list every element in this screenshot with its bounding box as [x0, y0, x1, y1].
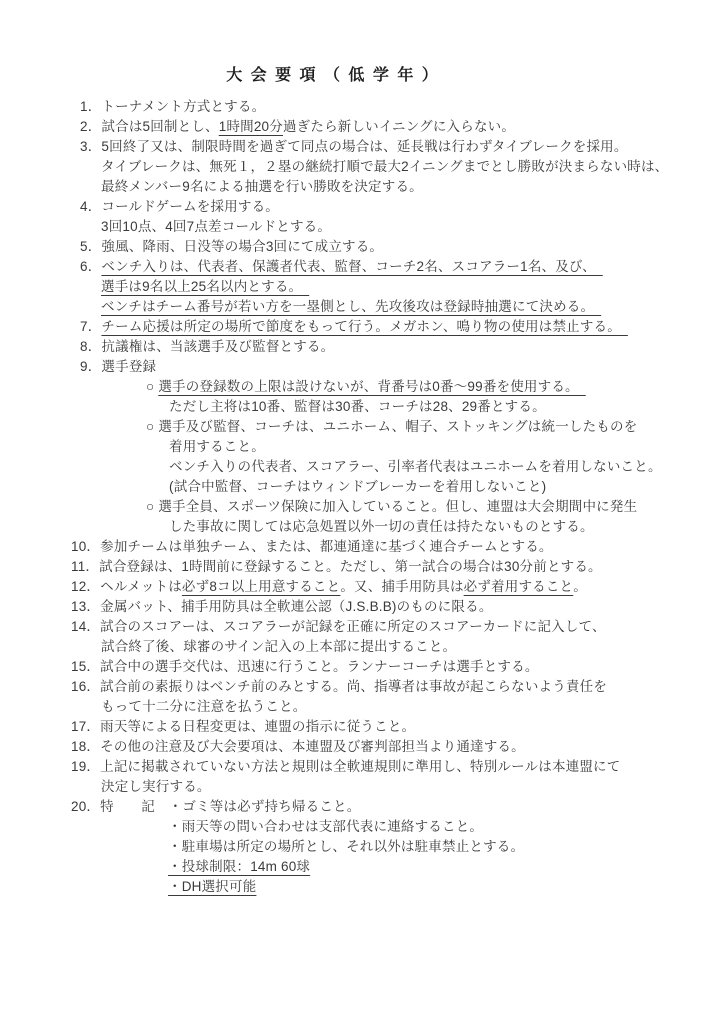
doc-line: 7．チーム応援は所定の場所で節度をもって行う。メガホン、鳴り物の使用は禁止する。 [0, 317, 724, 337]
text-segment: ベンチ入りの代表者、スコアラー、引率者代表はユニホームを着用しないこと。 [169, 459, 662, 474]
text-segment: (試合中監督、コーチはウィンドブレーカーを着用しないこと) [169, 479, 546, 494]
text-segment: 試合のスコアーは、スコアラーが記録を正確に所定のスコアーカードに記入して、 [100, 619, 606, 634]
item-number: 4． [80, 197, 101, 217]
item-number: 20． [71, 797, 100, 817]
doc-line: (試合中監督、コーチはウィンドブレーカーを着用しないこと) [0, 477, 724, 497]
doc-line: 2．試合は5回制とし、1時間20分過ぎたら新しいイニングに入らない。 [0, 117, 724, 137]
text-segment: その他の注意及び大会要項は、本連盟及び審判部担当より通達する。 [100, 739, 525, 754]
doc-line: 6．ベンチ入りは、代表者、保護者代表、監督、コーチ2名、スコアラー1名、及び、 [0, 257, 724, 277]
text-segment: 試合中の選手交代は、迅速に行うこと。ランナーコーチは選手とする。 [100, 659, 538, 674]
text-segment: タイブレークは、無死１，２塁の継続打順で最大2イニングまでとし勝敗が決まらない時… [101, 159, 668, 174]
doc-line: ○ 選手の登録数の上限は設けないが、背番号は0番～99番を使用する。 [0, 377, 724, 397]
doc-line: 最終メンバー9名による抽選を行い勝敗を決定する。 [0, 177, 724, 197]
item-number: 11． [71, 557, 99, 577]
text-segment: ベンチはチーム番号が若い方を一塁側とし、先攻後攻は登録時抽選にて決める。 [101, 299, 601, 314]
doc-line: ・DH選択可能 [0, 877, 724, 897]
item-number: 13． [71, 597, 100, 617]
doc-line: ○ 選手及び監督、コーチは、ユニホーム、帽子、ストッキングは統一したものを [0, 417, 724, 437]
doc-line: 9．選手登録 [0, 357, 724, 377]
doc-line: 15．試合中の選手交代は、迅速に行うこと。ランナーコーチは選手とする。 [0, 657, 724, 677]
item-number: 5． [80, 237, 101, 257]
text-segment: した事故に関しては応急処置以外一切の責任は持たないものとする。 [169, 519, 594, 534]
doc-line: 13．金属バット、捕手用防具は全軟連公認（J.S.B.B)のものに限る。 [0, 597, 724, 617]
text-segment: 参加チームは単独チーム、または、都連通達に基づく連合チームとする。 [100, 539, 553, 554]
circle-marker: ○ [146, 499, 158, 514]
text-segment: 選手は9名以上25名以内とする。 [101, 279, 309, 294]
item-number: 18． [71, 737, 100, 757]
text-segment: 過ぎたら新しいイニングに入らない。 [283, 119, 515, 134]
document-body: 1．トーナメント方式とする。2．試合は5回制とし、1時間20分過ぎたら新しいイニ… [0, 97, 724, 897]
item-number: 9． [80, 357, 101, 377]
circle-marker: ○ [146, 379, 158, 394]
text-segment: コールドゲームを採用する。 [101, 199, 279, 214]
doc-line: 試合終了後、球審のサイン記入の上本部に提出すること。 [0, 637, 724, 657]
text-segment: トーナメント方式とする。 [101, 99, 265, 114]
text-segment: 選手の登録数の上限は設けないが、背番号は0番～99番を使用する。 [158, 379, 585, 394]
text-segment: 5回終了又は、制限時間を過ぎて同点の場合は、延長戦は行わずタイブレークを採用。 [101, 139, 627, 154]
text-segment: 選手及び監督、コーチは、ユニホーム、帽子、ストッキングは統一したものを [158, 419, 637, 434]
text-segment: 1時間20分 [219, 119, 283, 134]
doc-line: ○ 選手全員、スポーツ保険に加入していること。但し、連盟は大会期間中に発生 [0, 497, 724, 517]
document-title: 大 会 要 項 （ 低 学 年 ） [0, 62, 724, 85]
item-number: 10． [71, 537, 100, 557]
doc-line: 1．トーナメント方式とする。 [0, 97, 724, 117]
text-segment: 最終メンバー9名による抽選を行い勝敗を決定する。 [101, 179, 423, 194]
circle-marker: ○ [146, 419, 158, 434]
item-number: 12． [71, 577, 100, 597]
doc-line: 12．ヘルメットは必ず8コ以上用意すること。又、捕手用防具は必ず着用すること。 [0, 577, 724, 597]
item-number: 2． [80, 117, 101, 137]
text-segment: ・雨天等の問い合わせは支部代表に連絡すること。 [168, 819, 483, 834]
doc-line: した事故に関しては応急処置以外一切の責任は持たないものとする。 [0, 517, 724, 537]
doc-line: 11．試合登録は、1時間前に登録すること。ただし、第一試合の場合は30分前とする… [0, 557, 724, 577]
doc-line: もって十二分に注意を払うこと。 [0, 697, 724, 717]
text-segment: 試合終了後、球審のサイン記入の上本部に提出すること。 [101, 639, 456, 654]
doc-line: ・雨天等の問い合わせは支部代表に連絡すること。 [0, 817, 724, 837]
text-segment: ・駐車場は所定の場所とし、それ以外は駐車禁止とする。 [168, 839, 524, 854]
doc-line: 着用すること。 [0, 437, 724, 457]
doc-line: 17．雨天等による日程変更は、連盟の指示に従うこと。 [0, 717, 724, 737]
item-number: 6． [80, 257, 101, 277]
doc-line: 3．5回終了又は、制限時間を過ぎて同点の場合は、延長戦は行わずタイブレークを採用… [0, 137, 724, 157]
doc-line: 10．参加チームは単独チーム、または、都連通達に基づく連合チームとする。 [0, 537, 724, 557]
doc-line: 19．上記に掲載されていない方法と規則は全軟連規則に準用し、特別ルールは本連盟に… [0, 757, 724, 777]
text-segment: 必ず着用すること [464, 579, 574, 594]
doc-line: タイブレークは、無死１，２塁の継続打順で最大2イニングまでとし勝敗が決まらない時… [0, 157, 724, 177]
text-segment: 雨天等による日程変更は、連盟の指示に従うこと。 [100, 719, 415, 734]
text-segment: 着用すること。 [169, 439, 265, 454]
text-segment: 金属バット、捕手用防具は全軟連公認（J.S.B.B)のものに限る。 [100, 599, 492, 614]
text-segment: 抗議権は、当該選手及び監督とする。 [101, 339, 334, 354]
doc-line: ただし主将は10番、監督は30番、コーチは28、29番とする。 [0, 397, 724, 417]
text-segment: 試合は5回制とし、 [101, 119, 218, 134]
text-segment: 。又、捕手用防具は [340, 579, 463, 594]
doc-line: 20．特 記 ・ゴミ等は必ず持ち帰ること。 [0, 797, 724, 817]
item-number: 19． [71, 757, 100, 777]
text-segment: 決定し実行する。 [101, 779, 211, 794]
doc-line: 8．抗議権は、当該選手及び監督とする。 [0, 337, 724, 357]
item-number: 7． [80, 317, 101, 337]
doc-line: 14．試合のスコアーは、スコアラーが記録を正確に所定のスコアーカードに記入して、 [0, 617, 724, 637]
text-segment: 試合前の素振りはベンチ前のみとする。尚、指導者は事故が起こらないよう責任を [100, 679, 607, 694]
doc-line: 5．強風、降雨、日没等の場合3回にて成立する。 [0, 237, 724, 257]
doc-line: ベンチはチーム番号が若い方を一塁側とし、先攻後攻は登録時抽選にて決める。 [0, 297, 724, 317]
text-segment: 上記に掲載されていない方法と規則は全軟連規則に準用し、特別ルールは本連盟にて [100, 759, 620, 774]
text-segment: 特 記 ・ゴミ等は必ず持ち帰ること。 [100, 799, 360, 814]
document-page: 大 会 要 項 （ 低 学 年 ） 1．トーナメント方式とする。2．試合は5回制… [0, 0, 724, 1024]
item-number: 15． [71, 657, 100, 677]
doc-line: 選手は9名以上25名以内とする。 [0, 277, 724, 297]
text-segment: 。 [573, 579, 587, 594]
text-segment: ・投球制限：14m 60球 [168, 859, 310, 874]
text-segment: 3回10点、4回7点差コールドとする。 [101, 219, 331, 234]
item-number: 8． [80, 337, 101, 357]
doc-line: 決定し実行する。 [0, 777, 724, 797]
doc-line: 18．その他の注意及び大会要項は、本連盟及び審判部担当より通達する。 [0, 737, 724, 757]
item-number: 1． [80, 97, 101, 117]
text-segment: チーム応援は所定の場所で節度をもって行う。メガホン、鳴り物の使用は禁止する。 [101, 319, 627, 334]
doc-line: ベンチ入りの代表者、スコアラー、引率者代表はユニホームを着用しないこと。 [0, 457, 724, 477]
text-segment: 試合登録は、1時間前に登録すること。ただし、第一試合の場合は30分前とする。 [99, 559, 602, 574]
text-segment: 強風、降雨、日没等の場合3回にて成立する。 [101, 239, 383, 254]
text-segment: ベンチ入りは、代表者、保護者代表、監督、コーチ2名、スコアラー1名、及び、 [101, 259, 602, 274]
item-number: 16． [71, 677, 100, 697]
text-segment: もって十二分に注意を払うこと。 [101, 699, 307, 714]
doc-line: 4．コールドゲームを採用する。 [0, 197, 724, 217]
text-segment: 選手全員、スポーツ保険に加入していること。但し、連盟は大会期間中に発生 [158, 499, 637, 514]
doc-line: 3回10点、4回7点差コールドとする。 [0, 217, 724, 237]
text-segment: ・DH選択可能 [168, 879, 256, 894]
text-segment: ただし主将は10番、監督は30番、コーチは28、29番とする。 [169, 399, 546, 414]
item-number: 17． [71, 717, 100, 737]
doc-line: 16．試合前の素振りはベンチ前のみとする。尚、指導者は事故が起こらないよう責任を [0, 677, 724, 697]
text-segment: ヘルメットは [100, 579, 182, 594]
text-segment: 必ず8コ以上用意すること [182, 579, 340, 594]
item-number: 14． [71, 617, 100, 637]
doc-line: ・駐車場は所定の場所とし、それ以外は駐車禁止とする。 [0, 837, 724, 857]
text-segment: 選手登録 [101, 359, 156, 374]
doc-line: ・投球制限：14m 60球 [0, 857, 724, 877]
item-number: 3． [80, 137, 101, 157]
